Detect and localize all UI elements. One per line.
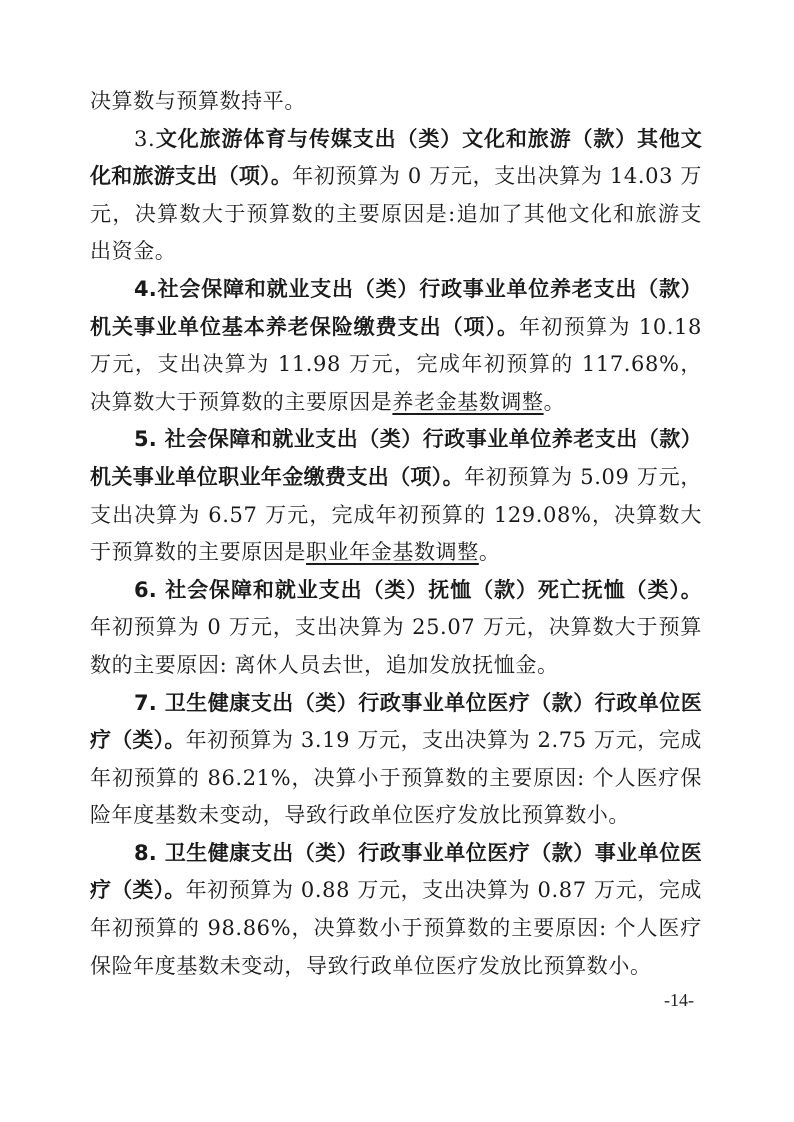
paragraph-item-8: 8. 卫生健康支出（类）行政事业单位医疗（款）事业单位医疗（类）。年初预算为 0… bbox=[90, 835, 702, 985]
item-body-end: 。 bbox=[479, 540, 501, 564]
underlined-reason: 养老金基数调整 bbox=[392, 390, 543, 414]
item-number: 3. bbox=[134, 127, 155, 151]
paragraph-continuation: 决算数与预算数持平。 bbox=[90, 83, 702, 121]
underlined-reason: 职业年金基数调整 bbox=[306, 540, 479, 564]
item-body: 年初预算为 0 万元，支出决算为 25.07 万元，决算数大于预算数的主要原因:… bbox=[90, 615, 702, 677]
paragraph-item-3: 3.文化旅游体育与传媒支出（类）文化和旅游（款）其他文化和旅游支出（项）。年初预… bbox=[90, 121, 702, 271]
document-body: 决算数与预算数持平。 3.文化旅游体育与传媒支出（类）文化和旅游（款）其他文化和… bbox=[90, 83, 702, 985]
text-segment: 决算数与预算数持平。 bbox=[90, 89, 306, 113]
item-body-end: 。 bbox=[544, 390, 566, 414]
paragraph-item-4: 4.社会保障和就业支出（类）行政事业单位养老支出（款）机关事业单位基本养老保险缴… bbox=[90, 271, 702, 421]
page-number: -14- bbox=[664, 990, 694, 1011]
item-heading: 6. 社会保障和就业支出（类）抚恤（款）死亡抚恤（类）。 bbox=[134, 578, 702, 602]
paragraph-item-6: 6. 社会保障和就业支出（类）抚恤（款）死亡抚恤（类）。年初预算为 0 万元，支… bbox=[90, 572, 702, 685]
paragraph-item-7: 7. 卫生健康支出（类）行政事业单位医疗（款）行政单位医疗（类）。年初预算为 3… bbox=[90, 685, 702, 835]
paragraph-item-5: 5. 社会保障和就业支出（类）行政事业单位养老支出（款）机关事业单位职业年金缴费… bbox=[90, 421, 702, 571]
